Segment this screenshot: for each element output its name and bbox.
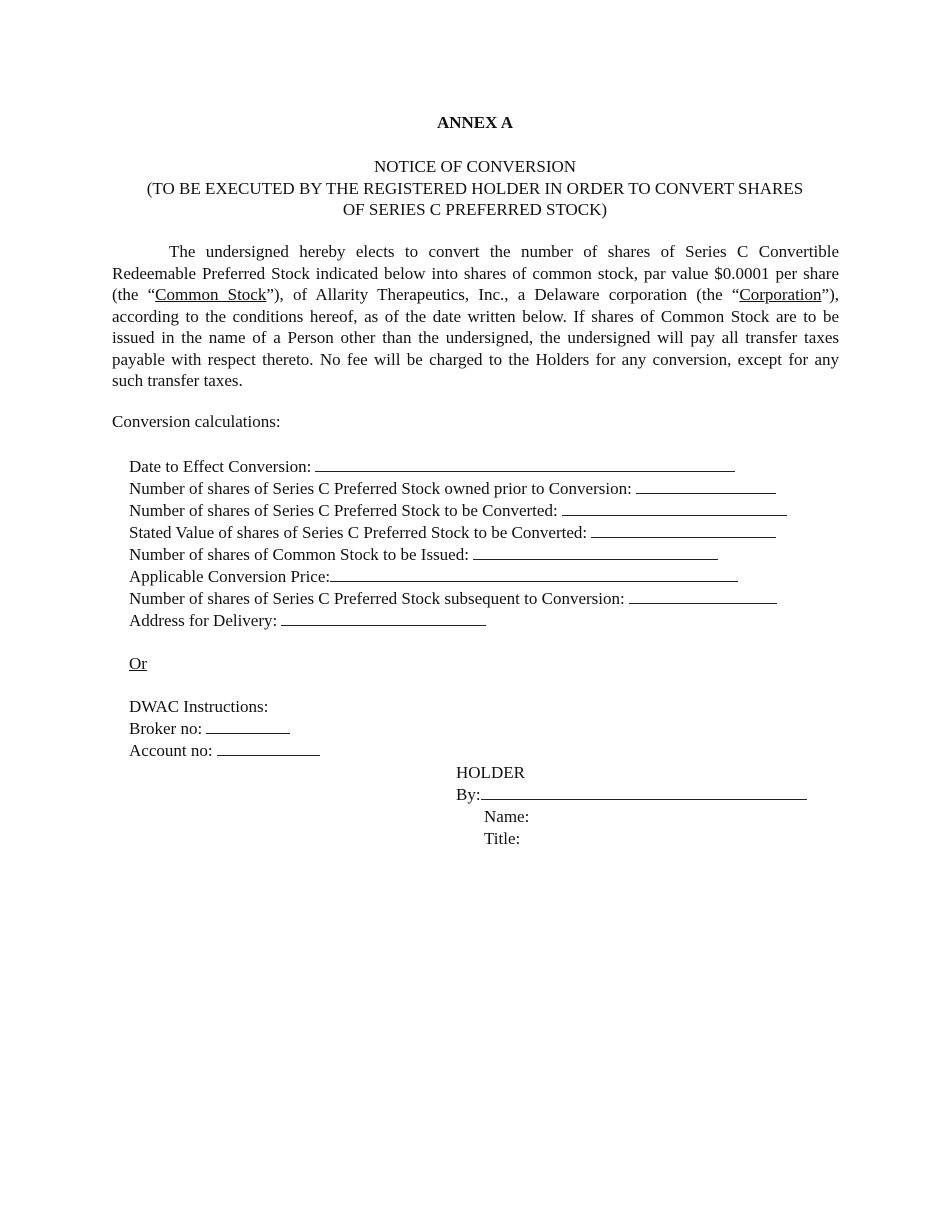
- holder-label: HOLDER: [456, 762, 807, 784]
- field-common-issued: Number of shares of Common Stock to be I…: [129, 544, 787, 566]
- date-blank[interactable]: [315, 457, 735, 472]
- election-paragraph: The undersigned hereby elects to convert…: [112, 241, 839, 392]
- or-separator: Or: [129, 654, 147, 674]
- by-label: By:: [456, 784, 481, 806]
- account-label: Account no:: [129, 740, 213, 762]
- field-stated-value: Stated Value of shares of Series C Prefe…: [129, 522, 787, 544]
- title-label: Title:: [456, 828, 807, 850]
- conversion-calculations-label: Conversion calculations:: [112, 412, 281, 432]
- field-label: Number of shares of Common Stock to be I…: [129, 544, 469, 566]
- heading-line-1: NOTICE OF CONVERSION: [100, 156, 850, 178]
- field-label: Number of shares of Series C Preferred S…: [129, 588, 625, 610]
- field-conversion-price: Applicable Conversion Price:: [129, 566, 787, 588]
- field-to-be-converted: Number of shares of Series C Preferred S…: [129, 500, 787, 522]
- broker-row: Broker no:: [129, 718, 320, 740]
- conversion-fields: Date to Effect Conversion: Number of sha…: [129, 456, 787, 632]
- account-row: Account no:: [129, 740, 320, 762]
- heading-line-3: OF SERIES C PREFERRED STOCK): [100, 199, 850, 221]
- field-address: Address for Delivery:: [129, 610, 787, 632]
- conversion-price-blank[interactable]: [330, 567, 738, 582]
- field-label: Address for Delivery:: [129, 610, 277, 632]
- dwac-instructions: DWAC Instructions: Broker no: Account no…: [129, 696, 320, 762]
- signature-line[interactable]: [481, 785, 807, 800]
- to-be-converted-blank[interactable]: [562, 501, 787, 516]
- field-owned-prior: Number of shares of Series C Preferred S…: [129, 478, 787, 500]
- field-label: Number of shares of Series C Preferred S…: [129, 500, 558, 522]
- paragraph-text-2: ”), of Allarity Therapeutics, Inc., a De…: [266, 285, 739, 304]
- by-row: By:: [456, 784, 807, 806]
- field-label: Applicable Conversion Price:: [129, 566, 330, 588]
- name-label: Name:: [456, 806, 807, 828]
- notice-heading: NOTICE OF CONVERSION (TO BE EXECUTED BY …: [100, 156, 850, 221]
- dwac-title: DWAC Instructions:: [129, 696, 320, 718]
- field-subsequent: Number of shares of Series C Preferred S…: [129, 588, 787, 610]
- broker-blank[interactable]: [206, 719, 290, 734]
- broker-label: Broker no:: [129, 718, 202, 740]
- address-blank[interactable]: [281, 611, 486, 626]
- owned-prior-blank[interactable]: [636, 479, 776, 494]
- subsequent-blank[interactable]: [629, 589, 777, 604]
- document-page: ANNEX A NOTICE OF CONVERSION (TO BE EXEC…: [0, 0, 950, 1229]
- field-date: Date to Effect Conversion:: [129, 456, 787, 478]
- heading-line-2: (TO BE EXECUTED BY THE REGISTERED HOLDER…: [100, 178, 850, 200]
- common-issued-blank[interactable]: [473, 545, 718, 560]
- defined-term-common-stock: Common Stock: [155, 285, 266, 304]
- defined-term-corporation: Corporation: [739, 285, 821, 304]
- holder-signature-block: HOLDER By: Name: Title:: [456, 762, 807, 850]
- annex-title: ANNEX A: [100, 113, 850, 133]
- stated-value-blank[interactable]: [591, 523, 776, 538]
- field-label: Stated Value of shares of Series C Prefe…: [129, 522, 587, 544]
- account-blank[interactable]: [217, 741, 320, 756]
- field-label: Number of shares of Series C Preferred S…: [129, 478, 632, 500]
- field-label: Date to Effect Conversion:: [129, 456, 311, 478]
